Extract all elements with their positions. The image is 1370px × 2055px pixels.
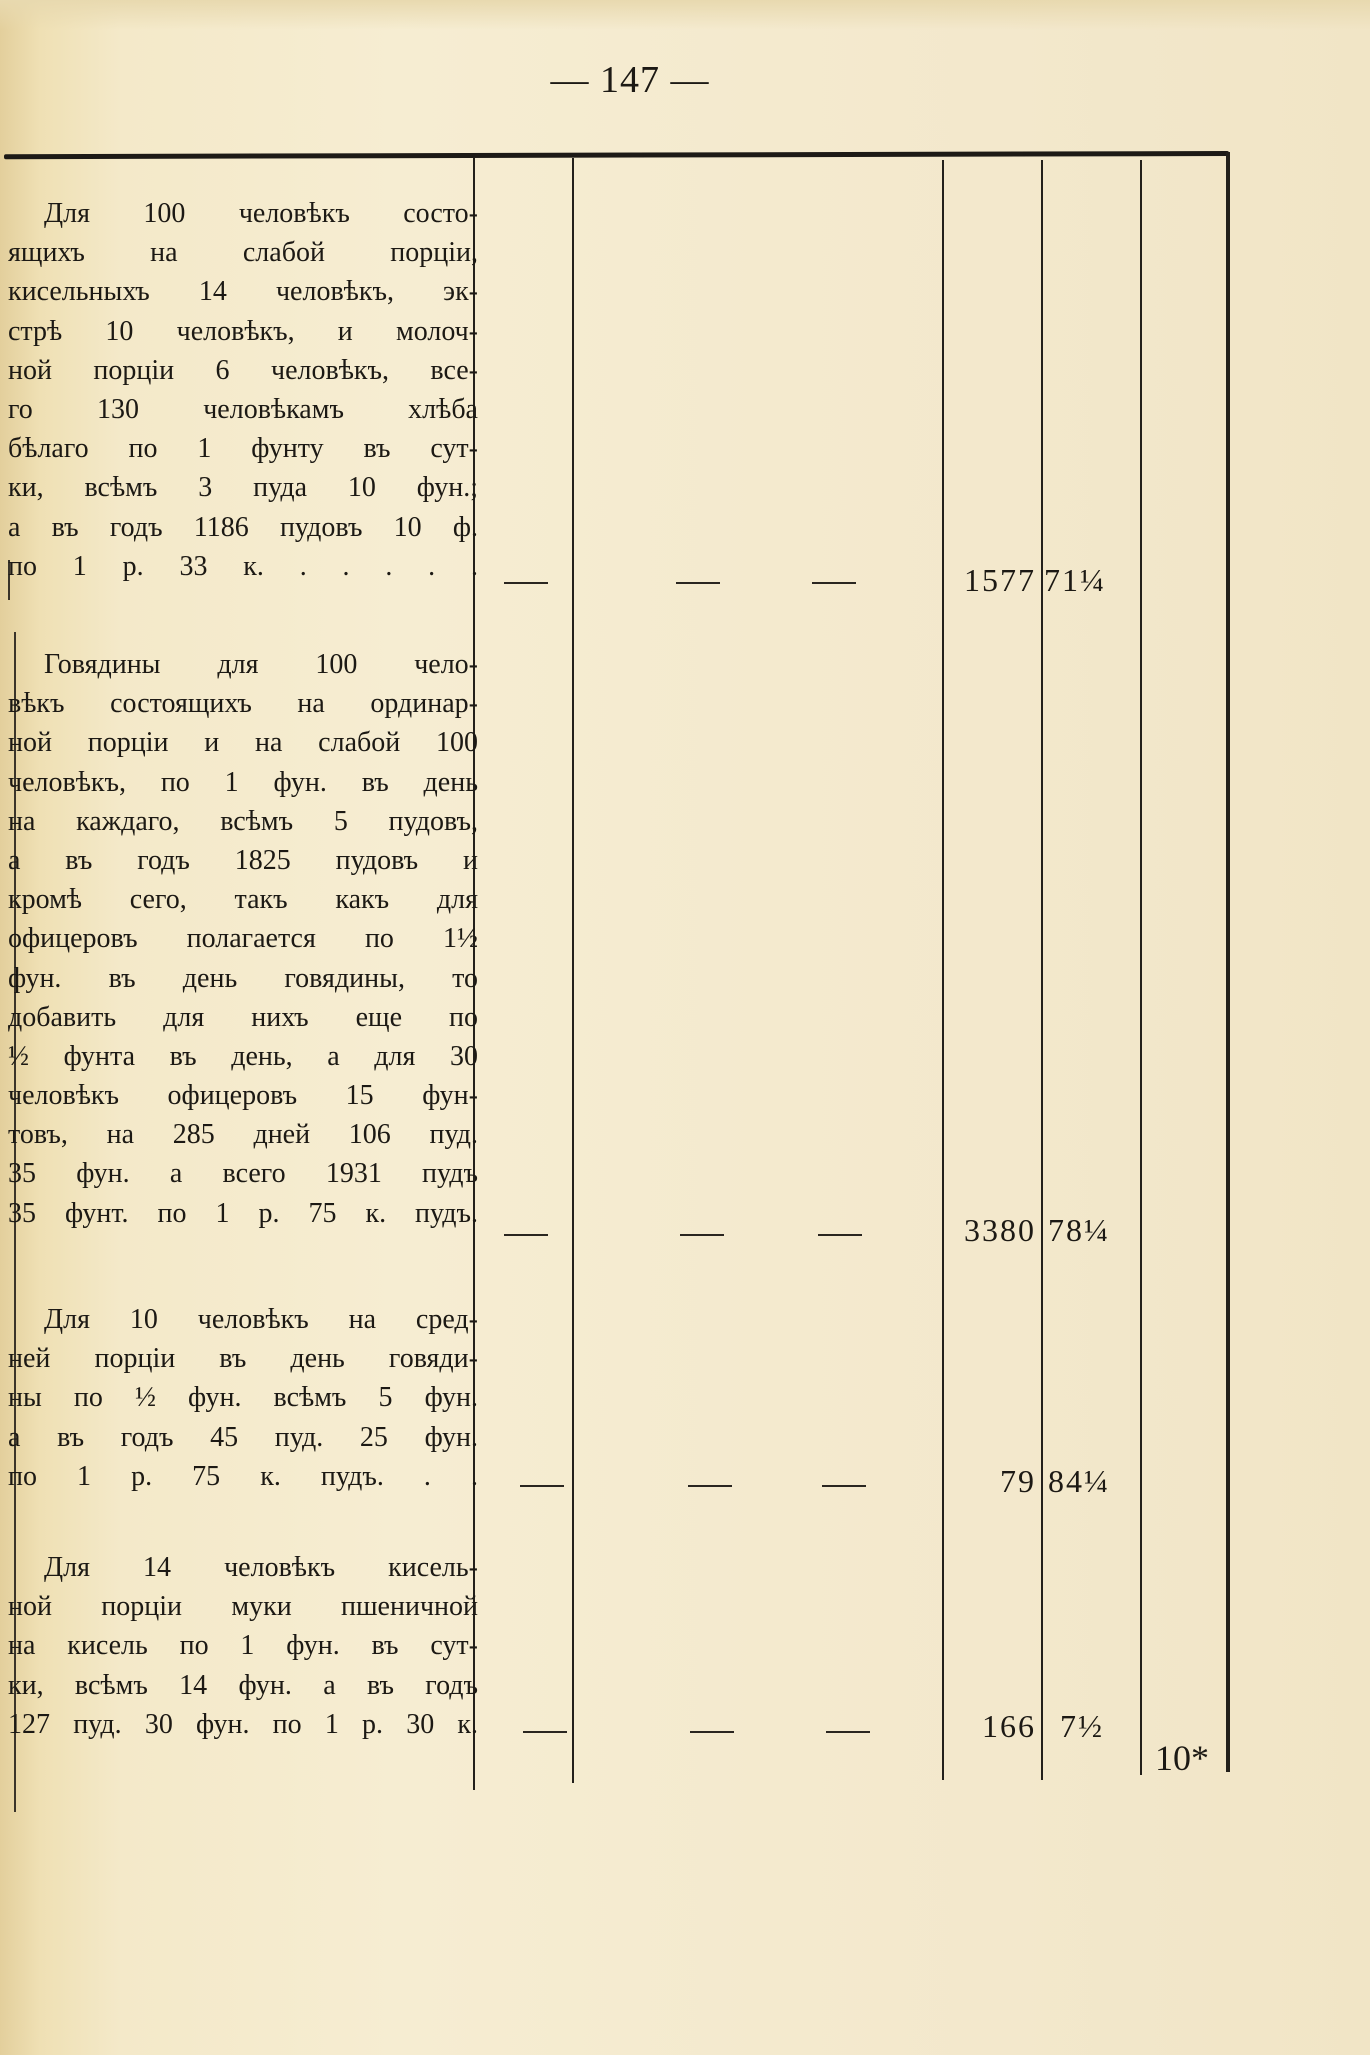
text-line: ки, всѣмъ 14 фун. а въ годъ: [8, 1666, 478, 1705]
text-line: на кисель по 1 фун. въ сут-: [8, 1626, 478, 1665]
text-line: на каждаго, всѣмъ 5 пудовъ,: [8, 802, 478, 841]
text-line: по 1 р. 33 к. . . . . .: [8, 547, 478, 586]
text-line: вѣкъ состоящихъ на ординар-: [8, 684, 478, 723]
text-line: стрѣ 10 человѣкъ, и молоч-: [8, 312, 478, 351]
row-3-col-a-dash: [520, 1485, 564, 1487]
text-line: ны по ½ фун. всѣмъ 5 фун.: [8, 1378, 478, 1417]
text-line: ной порціи и на слабой 100: [8, 723, 478, 762]
row-3-rubles: 79: [944, 1463, 1036, 1500]
row-3-col-c-dash: [822, 1485, 866, 1487]
text-line: офицеровъ полагается по 1½: [8, 919, 478, 958]
row-1-col-b-dash: [676, 582, 720, 584]
row-4-kopecks: 7½: [1060, 1708, 1140, 1745]
row-1-kopecks: 71¼: [1044, 562, 1136, 599]
table-right-border: [1226, 152, 1230, 1772]
text-line: а въ годъ 1186 пудовъ 10 ф.: [8, 508, 478, 547]
row-2-col-c-dash: [818, 1234, 862, 1236]
row-2-col-a-dash: [504, 1234, 548, 1236]
column-divider-col-a: [572, 158, 574, 1783]
table-top-rule: [4, 151, 1229, 159]
row-2-rubles: 3380: [944, 1212, 1036, 1249]
text-line: человѣкъ, по 1 фун. въ день: [8, 763, 478, 802]
text-line: кромѣ сего, такъ какъ для: [8, 880, 478, 919]
row-4-col-c-dash: [826, 1731, 870, 1733]
row-1-col-c-dash: [812, 582, 856, 584]
text-line: по 1 р. 75 к. пудъ. . .: [8, 1457, 478, 1496]
table-row-2-description: Говядины для 100 чело- вѣкъ состоящихъ н…: [8, 645, 478, 1233]
text-line: фун. въ день говядины, то: [8, 959, 478, 998]
row-3-col-b-dash: [688, 1485, 732, 1487]
text-line: добавить для нихъ еще по: [8, 998, 478, 1037]
text-line: товъ, на 285 дней 106 пуд.: [8, 1115, 478, 1154]
text-line: Для 14 человѣкъ кисель-: [8, 1548, 478, 1587]
row-4-rubles: 166: [944, 1708, 1036, 1745]
text-line: 35 фунт. по 1 р. 75 к. пудъ.: [8, 1194, 478, 1233]
row-2-col-b-dash: [680, 1234, 724, 1236]
column-divider-col-c: [942, 160, 944, 1780]
table-row-1-description: Для 100 человѣкъ состо- ящихъ на слабой …: [8, 194, 478, 586]
text-line: а въ годъ 1825 пудовъ и: [8, 841, 478, 880]
text-line: ящихъ на слабой порціи,: [8, 233, 478, 272]
text-line: ней порціи въ день говяди-: [8, 1339, 478, 1378]
row-4-col-b-dash: [690, 1731, 734, 1733]
text-line: человѣкъ офицеровъ 15 фун-: [8, 1076, 478, 1115]
row-3-kopecks: 84¼: [1048, 1463, 1140, 1500]
text-line: кисельныхъ 14 человѣкъ, эк-: [8, 272, 478, 311]
text-line: Для 10 человѣкъ на сред-: [8, 1300, 478, 1339]
column-divider-kopecks: [1140, 160, 1142, 1775]
row-1-col-a-dash: [504, 582, 548, 584]
text-line: Для 100 человѣкъ состо-: [8, 194, 478, 233]
column-divider-rubles: [1041, 160, 1043, 1780]
text-line: ки, всѣмъ 3 пуда 10 фун.;: [8, 468, 478, 507]
text-line: 127 пуд. 30 фун. по 1 р. 30 к.: [8, 1705, 478, 1744]
text-line: ной порціи муки пшеничной: [8, 1587, 478, 1626]
page-top-shadow: [0, 0, 1370, 30]
text-line: Говядины для 100 чело-: [8, 645, 478, 684]
row-4-col-a-dash: [523, 1731, 567, 1733]
text-line: бѣлаго по 1 фунту въ сут-: [8, 429, 478, 468]
page-number: — 147 —: [0, 58, 1370, 102]
table-row-3-description: Для 10 человѣкъ на сред- ней порціи въ д…: [8, 1300, 478, 1496]
text-line: ½ фунта въ день, а для 30: [8, 1037, 478, 1076]
signature-mark: 10*: [1155, 1737, 1209, 1779]
text-line: 35 фун. а всего 1931 пудъ: [8, 1154, 478, 1193]
row-1-rubles: 1577: [944, 562, 1036, 599]
row-2-kopecks: 78¼: [1048, 1212, 1140, 1249]
text-line: а въ годъ 45 пуд. 25 фун.: [8, 1418, 478, 1457]
table-row-4-description: Для 14 человѣкъ кисель- ной порціи муки …: [8, 1548, 478, 1744]
text-line: го 130 человѣкамъ хлѣба: [8, 390, 478, 429]
page-number-text: — 147 —: [551, 58, 710, 102]
text-line: ной порціи 6 человѣкъ, все-: [8, 351, 478, 390]
